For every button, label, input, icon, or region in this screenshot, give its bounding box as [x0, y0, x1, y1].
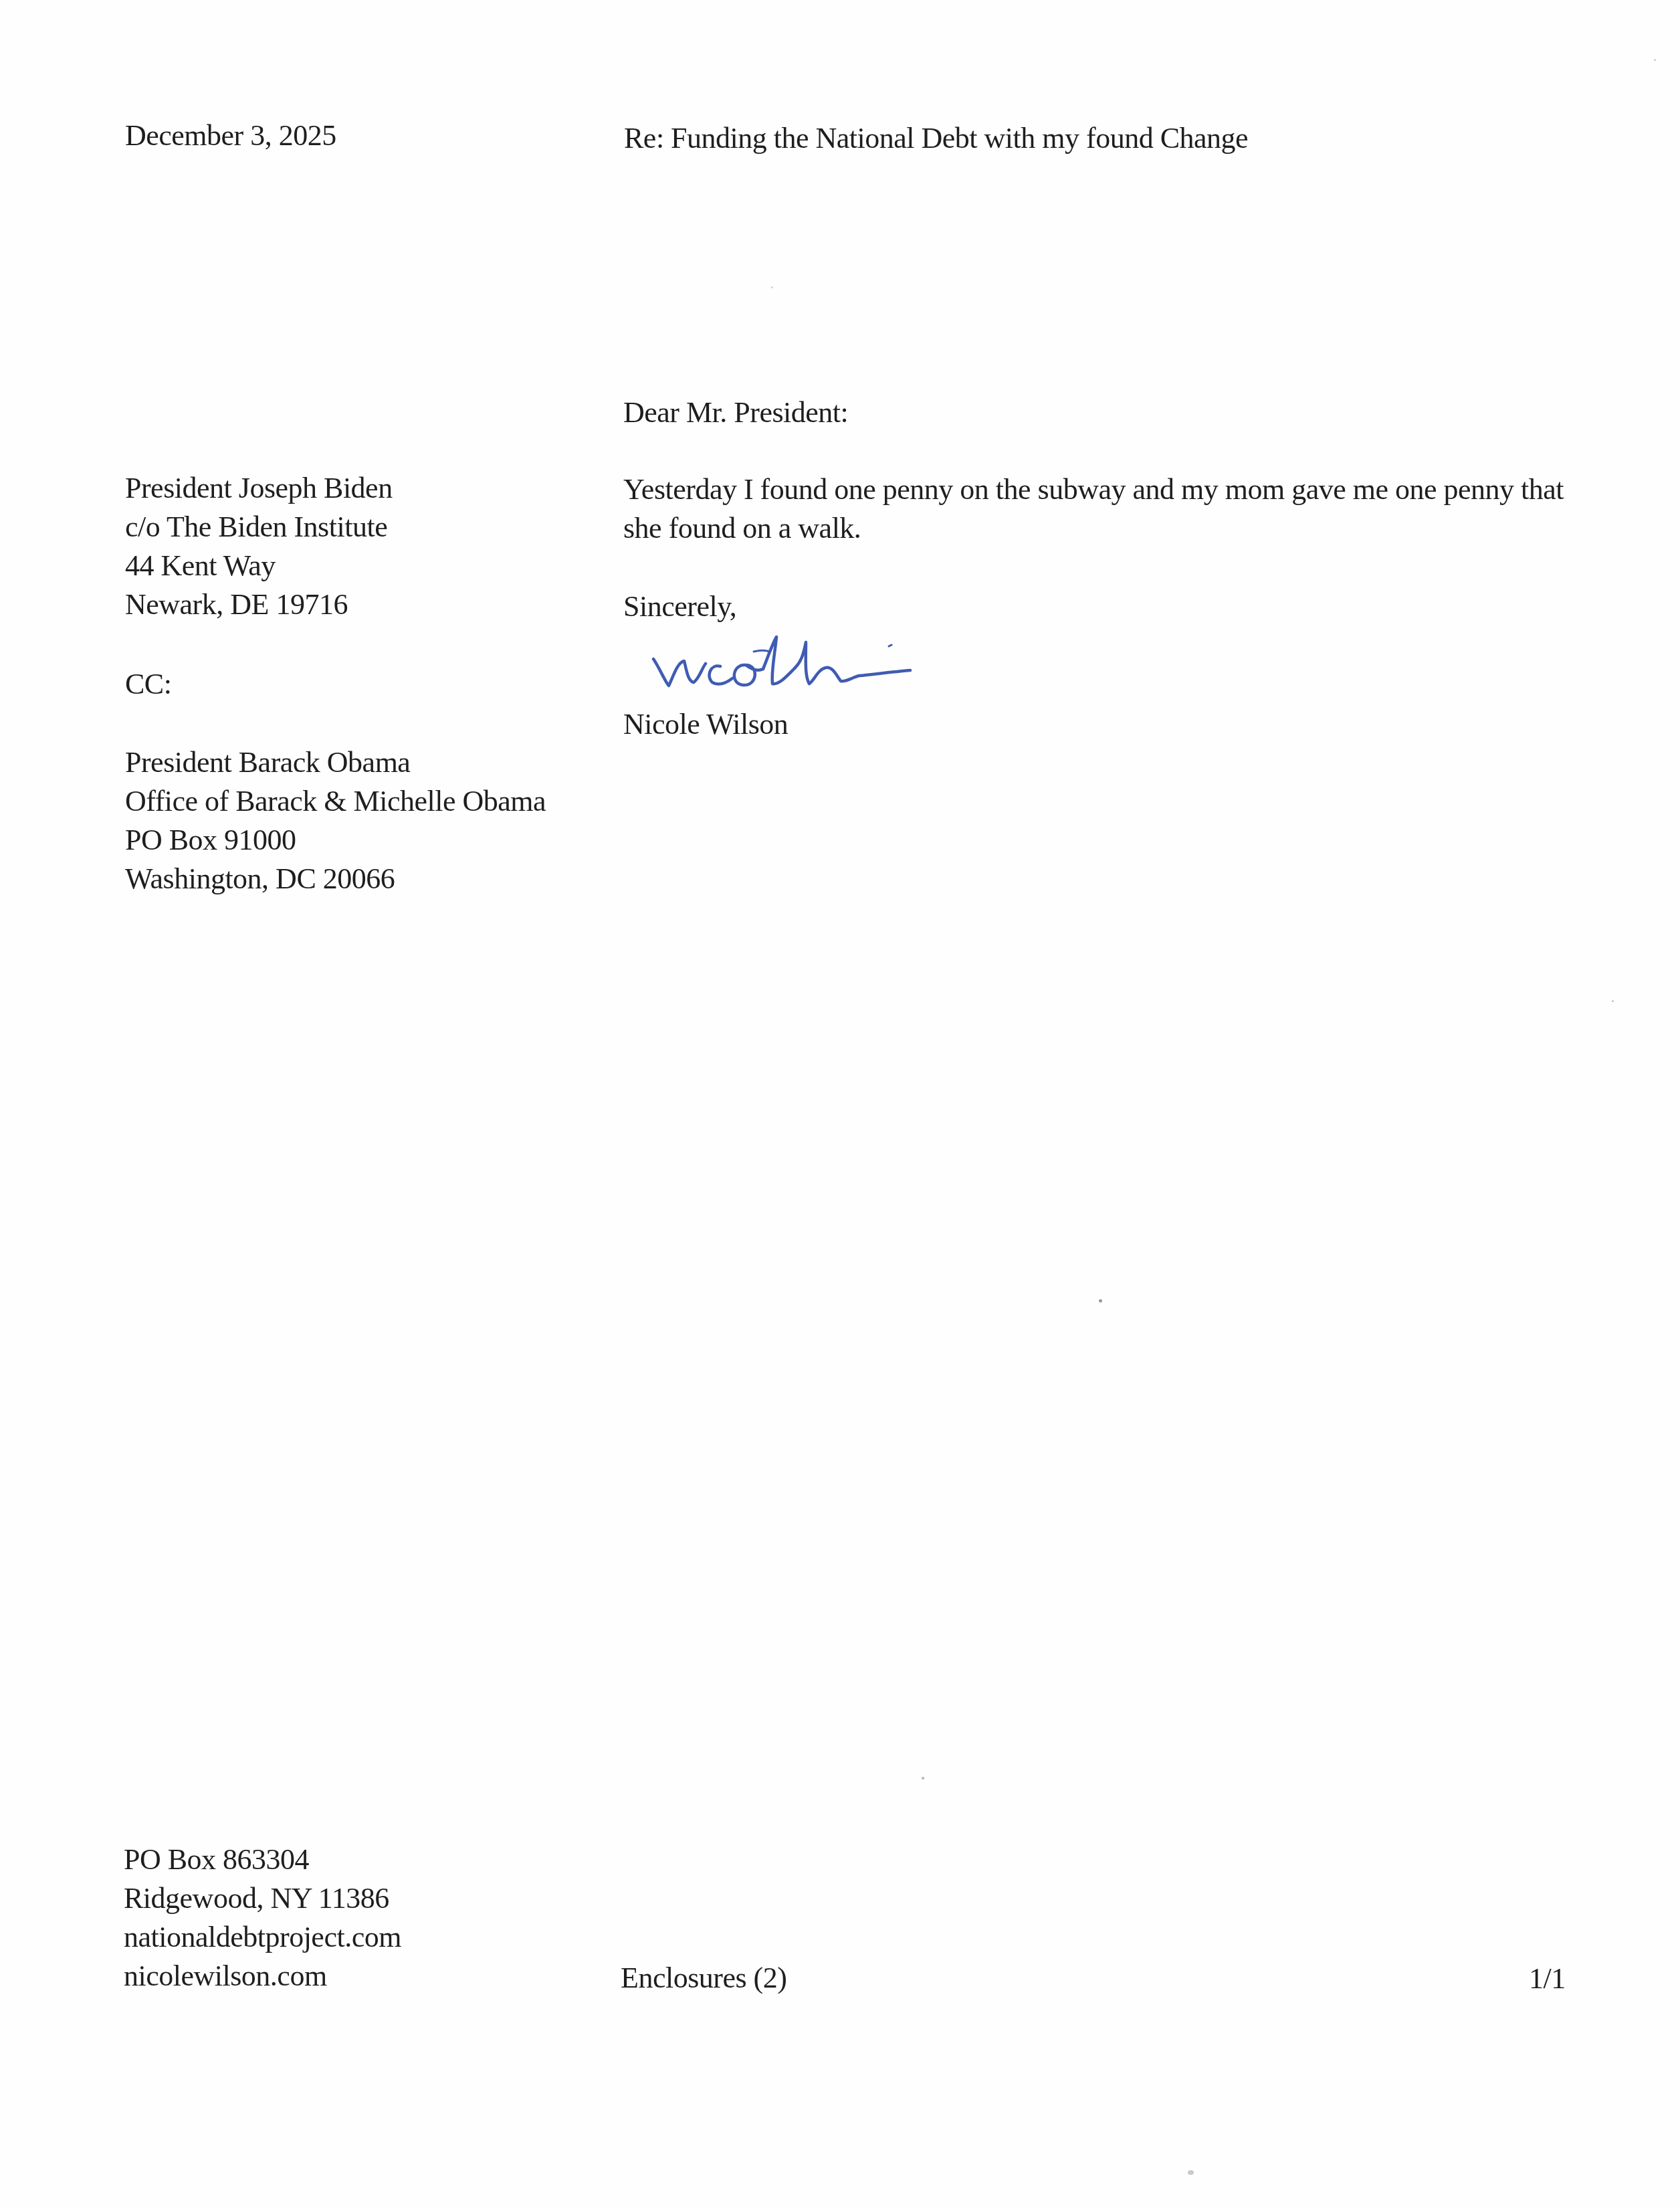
cc-address: President Barack Obama Office of Barack … [125, 743, 546, 898]
scan-speck [922, 1777, 924, 1780]
address-line: Washington, DC 20066 [125, 860, 546, 898]
enclosures-note: Enclosures (2) [621, 1959, 786, 1998]
address-line: President Joseph Biden [125, 469, 393, 508]
signer-name: Nicole Wilson [623, 705, 788, 744]
scan-speck [771, 286, 773, 288]
cc-label: CC: [125, 665, 171, 704]
sender-contact: PO Box 863304 Ridgewood, NY 11386 nation… [124, 1840, 401, 1996]
address-line: Newark, DE 19716 [125, 585, 393, 624]
body-line: she found on a walk. [623, 509, 1564, 548]
handwritten-signature [645, 622, 960, 702]
website-link: nationaldebtproject.com [124, 1918, 401, 1957]
address-line: Office of Barack & Michelle Obama [125, 782, 546, 821]
website-link: nicolewilson.com [124, 1957, 401, 1996]
recipient-address: President Joseph Biden c/o The Biden Ins… [125, 469, 393, 624]
address-line: Ridgewood, NY 11386 [124, 1879, 401, 1918]
letter-body: Yesterday I found one penny on the subwa… [623, 470, 1564, 548]
body-line: Yesterday I found one penny on the subwa… [623, 470, 1564, 509]
closing: Sincerely, [623, 587, 736, 626]
scan-speck [1654, 59, 1656, 61]
letter-page: December 3, 2025 Re: Funding the Nationa… [0, 0, 1680, 2209]
letter-date: December 3, 2025 [125, 116, 336, 155]
scan-speck [1099, 1299, 1102, 1303]
address-line: President Barack Obama [125, 743, 546, 782]
letter-subject: Re: Funding the National Debt with my fo… [624, 119, 1248, 158]
scan-speck [1188, 2170, 1194, 2175]
address-line: 44 Kent Way [125, 547, 393, 585]
scan-speck [1612, 1000, 1614, 1002]
address-line: PO Box 863304 [124, 1840, 401, 1879]
salutation: Dear Mr. President: [623, 393, 848, 432]
address-line: c/o The Biden Institute [125, 508, 393, 547]
page-indicator: 1/1 [1529, 1959, 1566, 1998]
address-line: PO Box 91000 [125, 821, 546, 860]
